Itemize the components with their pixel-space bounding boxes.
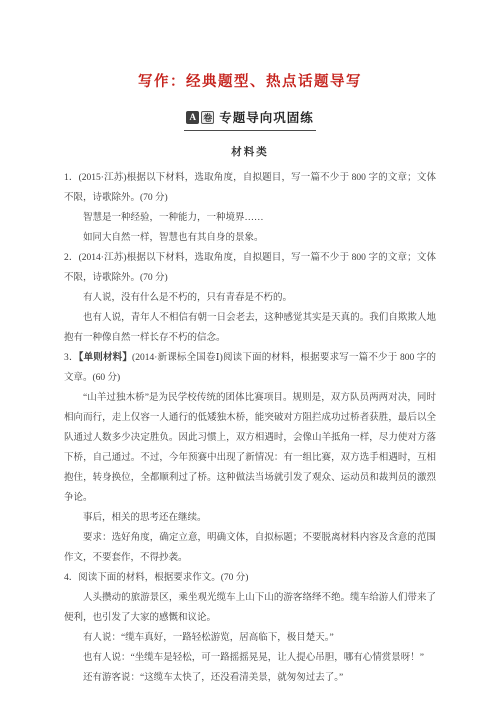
question-3-number: 3． bbox=[64, 353, 79, 363]
question-3-requirements: 要求：选好角度，确定立意，明确文体，自拟标题；不要脱离材料内容及含意的范围作文，… bbox=[64, 528, 436, 568]
question-3-head: 3．【单则材料】(2014·新课标全国卷Ⅰ)阅读下面的材料，根据要求写一篇不少于… bbox=[64, 348, 436, 388]
question-3-tag: 【单则材料】 bbox=[79, 353, 132, 363]
badge-juan: 卷 bbox=[201, 111, 214, 124]
question-2-material: 也有人说，青年人不相信有朝一日会老去，这种感觉其实是天真的。我们自欺欺人地抱有一… bbox=[64, 308, 436, 348]
page-title: 写作：经典题型、热点话题导写 bbox=[0, 70, 500, 91]
badge-a: A bbox=[186, 111, 199, 124]
question-4-material: 有人说：“缆车真好，一路轻松游览，居高临下，极目楚天。” bbox=[64, 628, 436, 648]
question-4-material: 人头攒动的旅游景区，乘坐观光缆车上山下山的游客络绎不绝。缆车给游人们带来了便利，… bbox=[64, 588, 436, 628]
question-2-material: 有人说，没有什么是不朽的，只有青春是不朽的。 bbox=[64, 288, 436, 308]
banner-title: 专题导向巩固练 bbox=[219, 108, 314, 126]
question-1-material: 智慧是一种经验，一种能力，一种境界…… bbox=[64, 208, 436, 228]
question-3-material: 事后，相关的思考还在继续。 bbox=[64, 508, 436, 528]
question-2-head: 2．(2014·江苏)根据以下材料，选取角度，自拟题目，写一篇不少于 800 字… bbox=[64, 248, 436, 288]
question-4-head: 4．阅读下面的材料，根据要求作文。(70 分) bbox=[64, 568, 436, 588]
document-content: 1．(2015·江苏)根据以下材料，选取角度，自拟题目，写一篇不少于 800 字… bbox=[64, 168, 436, 688]
question-4-material: 也有人说：“坐缆车是轻松，可一路摇摇晃晃，让人提心吊胆，哪有心情赏景呀！” bbox=[64, 648, 436, 668]
question-1-head: 1．(2015·江苏)根据以下材料，选取角度，自拟题目，写一篇不少于 800 字… bbox=[64, 168, 436, 208]
section-banner: A 卷 专题导向巩固练 bbox=[184, 108, 316, 131]
document-page: 写作：经典题型、热点话题导写 A 卷 专题导向巩固练 材料类 1．(2015·江… bbox=[0, 0, 500, 707]
question-1-material: 如同大自然一样，智慧也有其自身的景象。 bbox=[64, 228, 436, 248]
question-4-material: 还有游客说：“这缆车太快了，还没看清美景，就匆匆过去了。” bbox=[64, 668, 436, 688]
question-3-material: “山羊过独木桥”是为民学校传统的团体比赛项目。规则是，双方队员两两对决，同时相向… bbox=[64, 388, 436, 508]
category-heading: 材料类 bbox=[0, 144, 500, 159]
